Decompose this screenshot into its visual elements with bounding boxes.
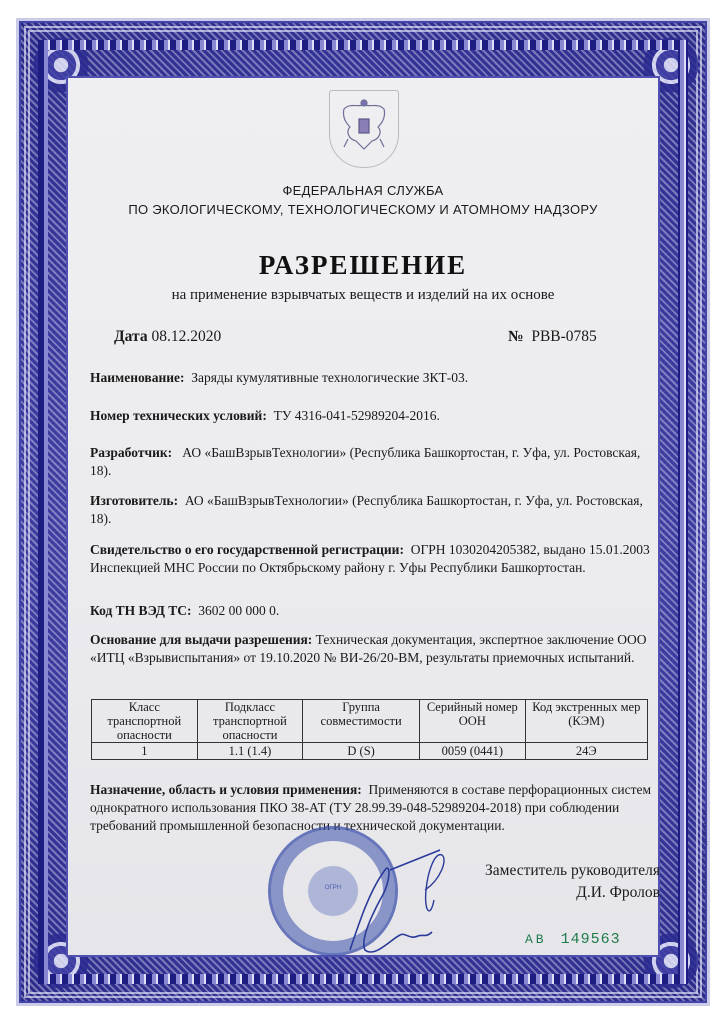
table-cell: 24Э bbox=[525, 743, 647, 760]
field-basis: Основание для выдачи разрешения: Техниче… bbox=[90, 631, 650, 667]
field-label: Назначение, область и условия применения… bbox=[90, 782, 362, 797]
hazard-table: Класс транспортной опасности Подкласс тр… bbox=[91, 699, 648, 760]
date-value: 08.12.2020 bbox=[151, 328, 221, 345]
field-value: Заряды кумулятивные технологические ЗКТ-… bbox=[191, 370, 468, 385]
table-cell: 0059 (0441) bbox=[420, 743, 526, 760]
form-series: АВ bbox=[525, 932, 547, 947]
column-header: Класс транспортной опасности bbox=[92, 700, 198, 743]
signatory-name: Д.И. Фролов bbox=[576, 884, 660, 902]
field-purpose: Назначение, область и условия применения… bbox=[90, 781, 665, 835]
table-cell: D (S) bbox=[303, 743, 420, 760]
number-label: № bbox=[508, 328, 524, 345]
document-subtitle: на применение взрывчатых веществ и издел… bbox=[68, 287, 658, 304]
field-name: Наименование: Заряды кумулятивные технол… bbox=[90, 369, 650, 387]
column-header: Серийный номер ООН bbox=[420, 700, 526, 743]
table-header-row: Класс транспортной опасности Подкласс тр… bbox=[92, 700, 648, 743]
table-cell: 1.1 (1.4) bbox=[197, 743, 303, 760]
field-label: Наименование: bbox=[90, 370, 185, 385]
field-label: Номер технических условий: bbox=[90, 408, 267, 423]
printer-imprint: ООО «ГИЗНАК», г. Москва, 2006 г., уровен… bbox=[702, 808, 708, 951]
agency-name-line2: ПО ЭКОЛОГИЧЕСКОМУ, ТЕХНОЛОГИЧЕСКОМУ И АТ… bbox=[68, 202, 658, 217]
field-label: Свидетельство о его государственной реги… bbox=[90, 542, 404, 557]
field-value: ТУ 4316-041-52989204-2016. bbox=[274, 408, 440, 423]
form-serial: АВ149563 bbox=[525, 931, 621, 948]
table-row: 1 1.1 (1.4) D (S) 0059 (0441) 24Э bbox=[92, 743, 648, 760]
field-label: Изготовитель: bbox=[90, 493, 178, 508]
field-tech-conditions: Номер технических условий: ТУ 4316-041-5… bbox=[90, 407, 650, 425]
issue-date: Дата 08.12.2020 bbox=[114, 328, 221, 346]
field-value: 3602 00 000 0. bbox=[198, 603, 279, 618]
document-title: РАЗРЕШЕНИЕ bbox=[68, 250, 658, 281]
agency-name-line1: ФЕДЕРАЛЬНАЯ СЛУЖБА bbox=[68, 183, 658, 198]
column-header: Код экстренных мер (КЭМ) bbox=[525, 700, 647, 743]
field-label: Разработчик: bbox=[90, 445, 172, 460]
coat-of-arms-icon bbox=[329, 90, 399, 168]
field-registration: Свидетельство о его государственной реги… bbox=[90, 541, 650, 577]
field-tnved-code: Код ТН ВЭД ТС: 3602 00 000 0. bbox=[90, 602, 650, 620]
field-label: Основание для выдачи разрешения: bbox=[90, 632, 312, 647]
date-label: Дата bbox=[114, 328, 148, 345]
field-manufacturer: Изготовитель: АО «БашВзрывТехнологии» (Р… bbox=[90, 492, 650, 528]
signature-icon bbox=[330, 840, 480, 960]
field-label: Код ТН ВЭД ТС: bbox=[90, 603, 192, 618]
field-value: АО «БашВзрывТехнологии» (Республика Башк… bbox=[90, 445, 640, 478]
column-header: Подкласс транспортной опасности bbox=[197, 700, 303, 743]
column-header: Группа совместимости bbox=[303, 700, 420, 743]
signatory-role: Заместитель руководителя bbox=[485, 862, 660, 880]
table-cell: 1 bbox=[92, 743, 198, 760]
permit-number: № РВВ-0785 bbox=[508, 328, 597, 346]
form-serial-number: 149563 bbox=[561, 931, 621, 948]
number-value: РВВ-0785 bbox=[531, 328, 596, 345]
field-developer: Разработчик: АО «БашВзрывТехнологии» (Ре… bbox=[90, 444, 650, 480]
